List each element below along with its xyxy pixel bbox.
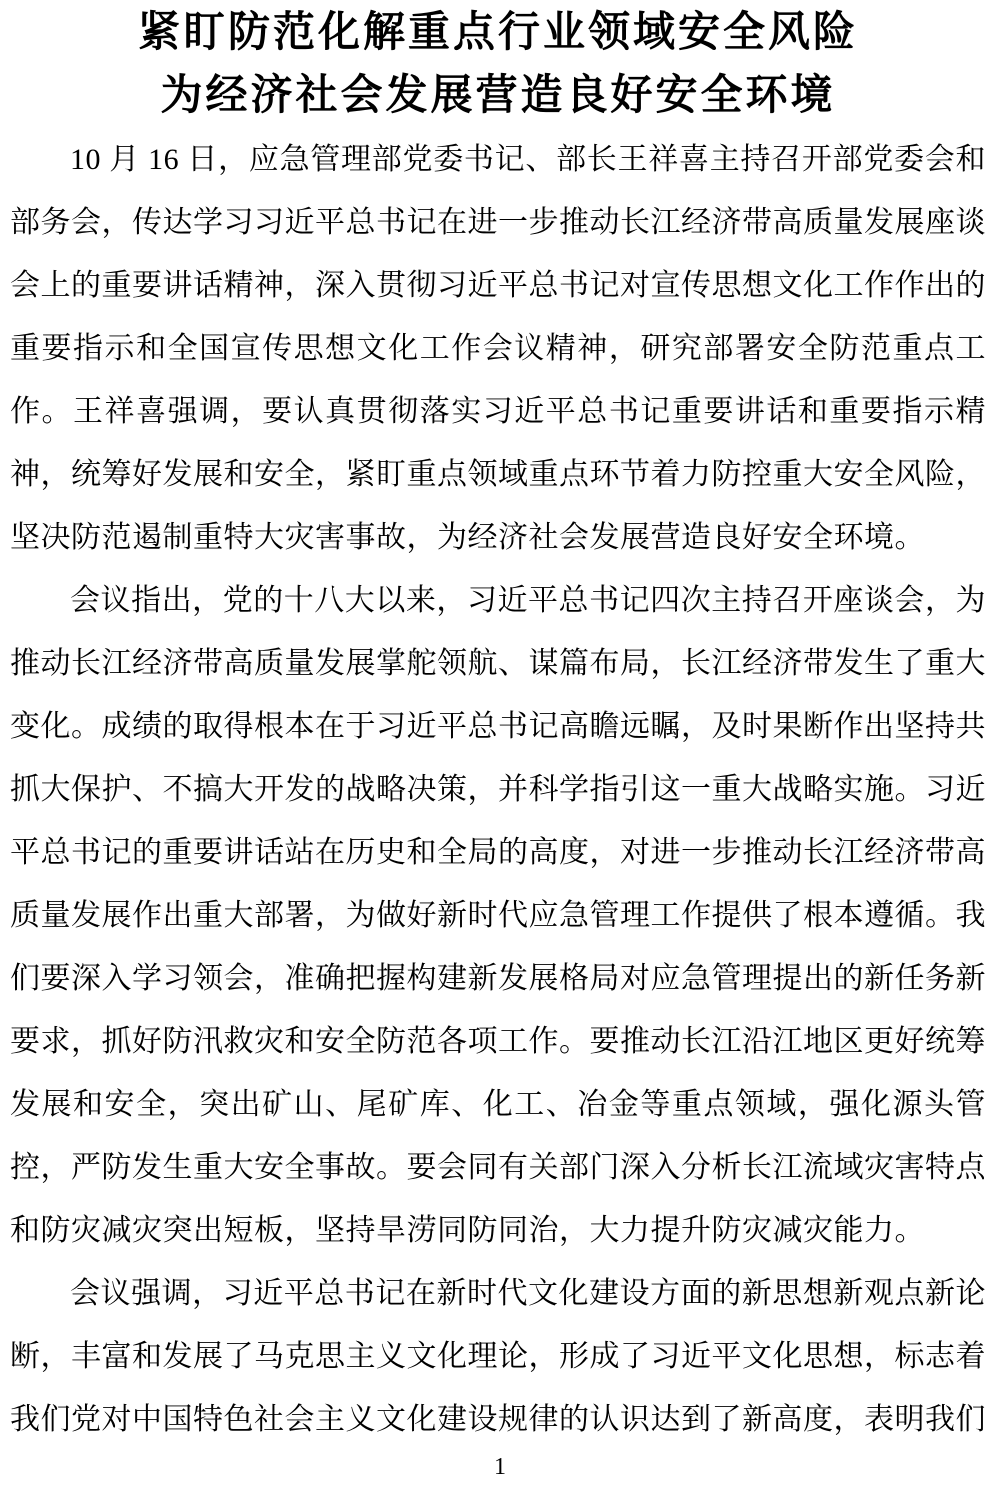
paragraph-2: 会议指出，党的十八大以来，习近平总书记四次主持召开座谈会，为推动长江经济带高质量…: [10, 569, 986, 1262]
document-body: 10 月 16 日，应急管理部党委书记、部长王祥喜主持召开部党委会和部务会，传达…: [10, 128, 986, 1451]
page-number: 1: [0, 1454, 1000, 1480]
paragraph-1: 10 月 16 日，应急管理部党委书记、部长王祥喜主持召开部党委会和部务会，传达…: [10, 128, 986, 569]
document-title-line1: 紧盯防范化解重点行业领域安全风险: [10, 2, 986, 65]
document-page: 紧盯防范化解重点行业领域安全风险 为经济社会发展营造良好安全环境 10 月 16…: [0, 0, 1000, 1486]
paragraph-3: 会议强调，习近平总书记在新时代文化建设方面的新思想新观点新论断，丰富和发展了马克…: [10, 1262, 986, 1451]
document-title-line2: 为经济社会发展营造良好安全环境: [10, 65, 986, 128]
document-content: 紧盯防范化解重点行业领域安全风险 为经济社会发展营造良好安全环境 10 月 16…: [0, 0, 1000, 1451]
document-title: 紧盯防范化解重点行业领域安全风险 为经济社会发展营造良好安全环境: [10, 2, 986, 128]
